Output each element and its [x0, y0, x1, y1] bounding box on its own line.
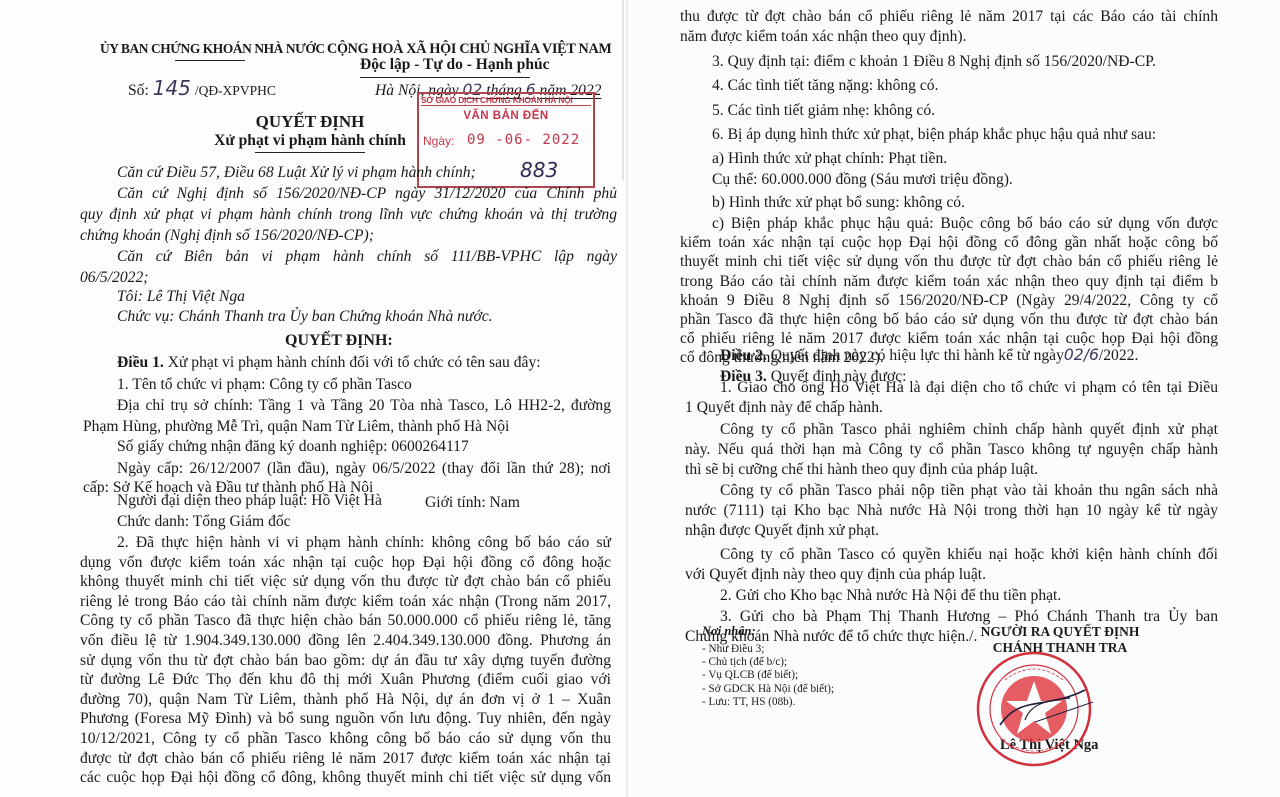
article-3-line: 2. Gửi cho Kho bạc Nhà nước Hà Nội để th…: [720, 586, 1061, 606]
effective-date-handwritten: 02/6: [1064, 346, 1099, 364]
violation-line: Phương (Foresa Mỹ Đình) và bổ sung nguồn…: [80, 709, 611, 729]
decision-item: Cụ thể: 60.000.000 đồng (Sáu mươi triệu …: [712, 170, 1013, 190]
violation-line: sử dụng vốn thu từ đợt chào bán bao gồm:…: [80, 651, 611, 671]
violation-line: các cuộc họp Đại hội đồng cổ đông, không…: [80, 768, 611, 788]
preamble-line: 06/5/2022;: [80, 268, 148, 288]
header-rule-right: [360, 77, 530, 78]
decision-item: 3. Quy định tại: điểm c khoản 1 Điều 8 N…: [712, 52, 1156, 72]
doc-number-prefix: Số:: [128, 82, 149, 99]
violation-line: từ đường Lê Đức Thọ đến khu đô thị mới X…: [80, 670, 611, 690]
article-1-label: Điều 1.: [117, 354, 164, 371]
document-number: Số: 145 /QĐ-XPVPHC: [128, 78, 276, 101]
violation-line: được từ đợt chào bán cổ phiếu riêng lẻ n…: [80, 749, 611, 769]
remedy-line: c) Biện pháp khắc phục hậu quả: Buộc côn…: [712, 214, 1218, 234]
continuation-line: năm được kiểm toán xác nhận theo quy địn…: [680, 27, 966, 47]
preamble-line: Căn cứ Biên bản vi phạm hành chính số 11…: [117, 247, 617, 267]
stamp-issuer: SỞ GIAO DỊCH CHỨNG KHOÁN HÀ NỘI: [421, 95, 591, 106]
decision-item: 6. Bị áp dụng hình thức xử phạt, biện ph…: [712, 125, 1156, 145]
violation-line: 2. Đã thực hiện hành vi vi phạm hành chí…: [117, 533, 611, 553]
issuing-organization: ỦY BAN CHỨNG KHOÁN NHÀ NƯỚC: [100, 39, 325, 59]
violation-line: 10/12/2021, Công ty cổ phần Tasco không …: [80, 729, 611, 749]
position: Chức danh: Tổng Giám đốc: [117, 512, 291, 532]
article-3-line: Công ty cổ phần Tasco phải nộp tiền phạt…: [720, 481, 1218, 501]
violator-detail-line: Số giấy chứng nhận đăng ký doanh nghiệp:…: [117, 437, 469, 457]
document-subtitle: Xử phạt vi phạm hành chính: [200, 131, 420, 151]
article-3-line: này. Nếu quá thời hạn mà Công ty cổ phần…: [685, 440, 1218, 460]
stamp-title: VĂN BẢN ĐẾN: [419, 110, 593, 122]
preamble-line: quy định xử phạt vi phạm hành chính tron…: [80, 205, 617, 225]
article-3-line: Công ty cổ phần Tasco phải nghiêm chỉnh …: [720, 420, 1218, 440]
article-3-line: nước (7111) tại Kho bạc Nhà nước Hà Nội …: [685, 501, 1218, 521]
violation-line: Công ty cổ phần Tasco đã thực hiện chào …: [80, 611, 611, 631]
official-seal-icon: [975, 650, 1093, 768]
article-3-line: 1. Giao cho ông Hồ Việt Hà là đại diện c…: [720, 378, 1218, 398]
preamble-line: Chức vụ: Chánh Thanh tra Ủy ban Chứng kh…: [117, 307, 493, 327]
violation-line: dụng vốn được kiểm toán xác nhận tại cuộ…: [80, 553, 611, 573]
article-3-line: Công ty cổ phần Tasco có quyền khiếu nại…: [720, 545, 1218, 565]
remedy-line: trong Báo cáo tài chính năm được kiểm to…: [680, 272, 1218, 292]
article-1: Điều 1. Xử phạt vi phạm hành chính đối v…: [117, 353, 541, 373]
decision-item: 4. Các tình tiết tăng nặng: không có.: [712, 76, 939, 96]
incoming-number-handwritten: 883: [520, 160, 558, 180]
recipient-item: - Chủ tịch (để b/c);: [702, 656, 787, 670]
gender: Giới tính: Nam: [425, 493, 520, 513]
stamp-date-value: 09 -06- 2022: [467, 132, 580, 148]
article-3-line: nhận được Quyết định xử phạt.: [685, 521, 879, 541]
page-fold-shadow: [622, 0, 624, 180]
preamble-line: Căn cứ Nghị định số 156/2020/NĐ-CP ngày …: [117, 184, 617, 204]
violator-detail-line: 1. Tên tổ chức vi phạm: Công ty cổ phần …: [117, 375, 412, 395]
article-3-line: thì sẽ bị cưỡng chế thi hành theo quy đị…: [685, 460, 1038, 480]
subtitle-rule: [255, 152, 365, 153]
violation-line: riêng lẻ trong Báo cáo tài chính năm đượ…: [80, 592, 611, 612]
remedy-line: khoản 9 Điều 8 Nghị định số 156/2020/NĐ-…: [680, 291, 1218, 311]
remedy-line: thuyết minh chi tiết việc sử dụng vốn th…: [680, 252, 1218, 272]
violator-detail-line: Phạm Hùng, phường Mễ Trì, quận Nam Từ Li…: [83, 417, 509, 437]
decision-item: b) Hình thức xử phạt bổ sung: không có.: [712, 193, 965, 213]
preamble-line: Căn cứ Điều 57, Điều 68 Luật Xử lý vi ph…: [117, 163, 476, 183]
recipient-item: - Vụ QLCB (để biết);: [702, 669, 798, 683]
document-page-2: thu được từ đợt chào bán cổ phiếu riêng …: [628, 0, 1280, 797]
recipient-item: - Lưu: TT, HS (08b).: [702, 696, 795, 710]
doc-number-suffix: /QĐ-XPVPHC: [195, 83, 276, 98]
preamble-line: Tôi: Lê Thị Việt Nga: [117, 287, 245, 307]
doc-number-handwritten: 145: [153, 76, 191, 100]
article-1-text: Xử phạt vi phạm hành chính đối với tổ ch…: [168, 354, 541, 371]
legal-representative: Người đại diện theo pháp luật: Hồ Việt H…: [117, 491, 382, 511]
remedy-line: kiểm toán xác nhận tại cuộc họp Đại hội …: [680, 233, 1218, 253]
preamble-line: chứng khoán (Nghị định số 156/2020/NĐ-CP…: [80, 226, 374, 246]
stamp-date-label: Ngày:: [423, 134, 454, 148]
article-2-text: Quyết định này có hiệu lực thi hành kể t…: [771, 347, 1064, 364]
article-2-label: Điều 2.: [720, 347, 767, 364]
article-3-line: 1 Quyết định này để chấp hành.: [685, 398, 883, 418]
decision-item: 5. Các tình tiết giảm nhẹ: không có.: [712, 101, 935, 121]
remedy-line: phần Tasco đã thực hiện công bố báo cáo …: [680, 310, 1218, 330]
recipient-item: - Như Điều 3;: [702, 643, 764, 657]
violation-line: không thuyết minh chi tiết việc sử dụng …: [80, 572, 611, 592]
document-page-1: ỦY BAN CHỨNG KHOÁN NHÀ NƯỚC CỘNG HOÀ XÃ …: [0, 0, 628, 797]
violation-line: vốn điều lệ từ 1.904.349.130.000 đồng lê…: [80, 631, 611, 651]
document-title: QUYẾT ĐỊNH: [220, 112, 400, 132]
national-motto: Độc lập - Tự do - Hạnh phúc: [360, 55, 549, 75]
violator-detail-line: Địa chỉ trụ sở chính: Tầng 1 và Tầng 20 …: [117, 396, 611, 416]
decision-heading: QUYẾT ĐỊNH:: [285, 331, 393, 351]
article-3-line: với Quyết định này theo quy định của phá…: [685, 565, 986, 585]
effective-date-suffix: /2022.: [1099, 347, 1138, 364]
signer-role: NGƯỜI RA QUYẾT ĐỊNH: [960, 624, 1160, 640]
violation-line: đường 70), quận Nam Từ Liêm, thành phố H…: [80, 690, 611, 710]
decision-item: a) Hình thức xử phạt chính: Phạt tiền.: [712, 149, 947, 169]
violator-detail-line: Ngày cấp: 26/12/2007 (lần đầu), ngày 06/…: [117, 459, 611, 479]
article-2: Điều 2. Quyết định này có hiệu lực thi h…: [720, 345, 1138, 366]
recipient-item: - Sở GDCK Hà Nội (để biết);: [702, 683, 834, 697]
recipients-title: Nơi nhận:: [702, 625, 756, 639]
header-rule-left: [175, 60, 245, 61]
continuation-line: thu được từ đợt chào bán cổ phiếu riêng …: [680, 7, 1218, 27]
